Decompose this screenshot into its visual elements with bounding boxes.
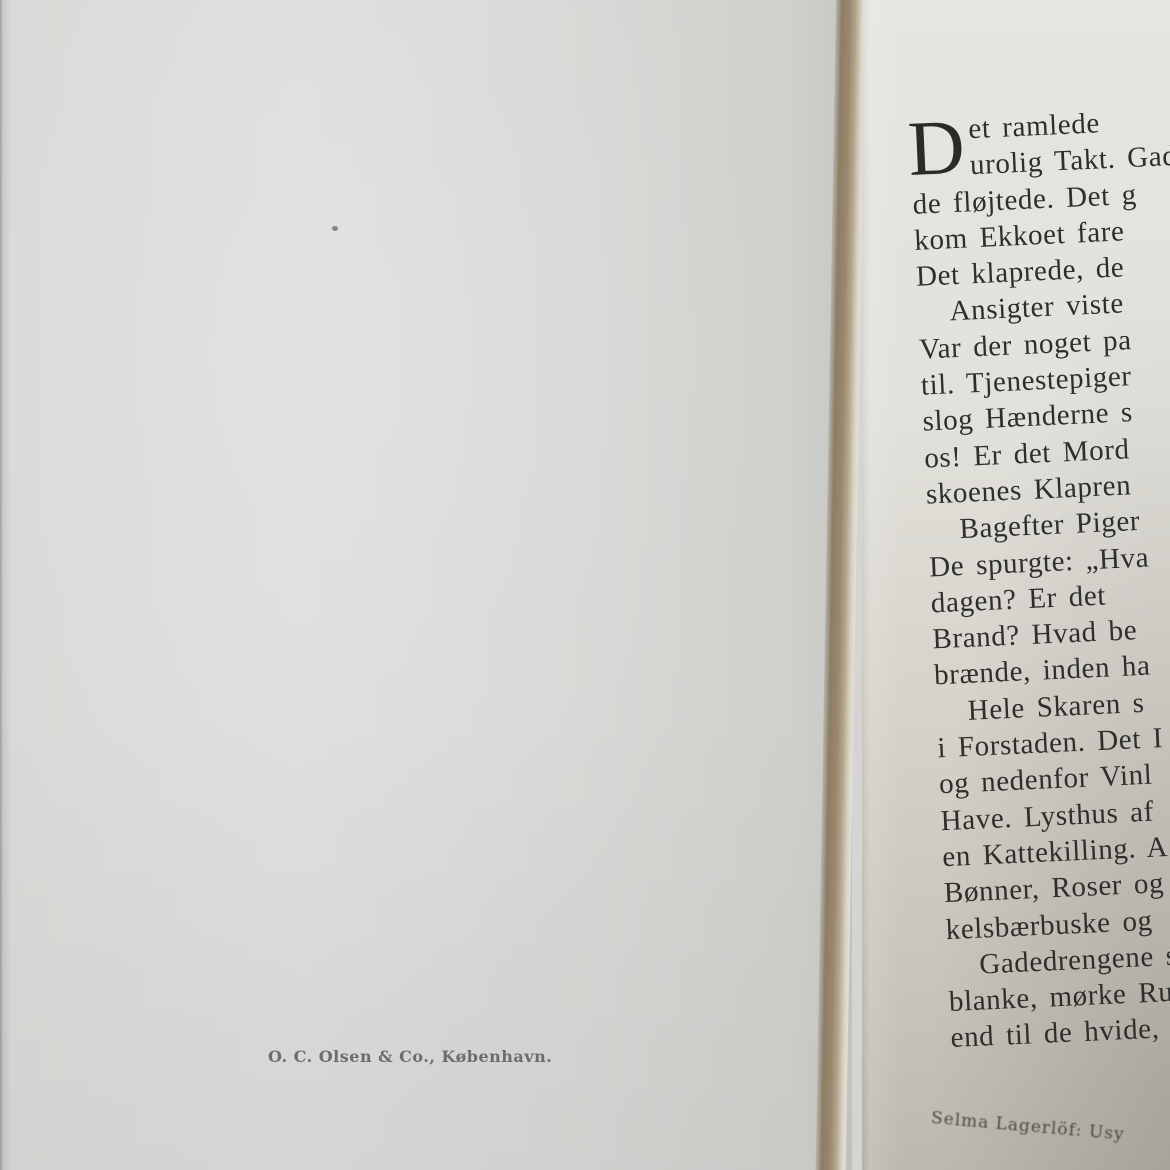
printer-imprint: O. C. Olsen & Co., København. — [268, 1047, 628, 1066]
body-text: Det ramlede urolig Takt. Gad de fløjtede… — [908, 76, 1170, 1056]
drop-cap: D — [907, 115, 967, 180]
text-line: Det ramlede — [908, 76, 1170, 150]
ink-speck — [332, 226, 338, 231]
text-line-content: et ramlede — [968, 107, 1101, 145]
page-footer-author: Selma Lagerlöf: Usy — [930, 1108, 1125, 1145]
left-page: O. C. Olsen & Co., København. — [0, 0, 852, 1170]
right-page: Det ramlede urolig Takt. Gad de fløjtede… — [862, 0, 1170, 1170]
